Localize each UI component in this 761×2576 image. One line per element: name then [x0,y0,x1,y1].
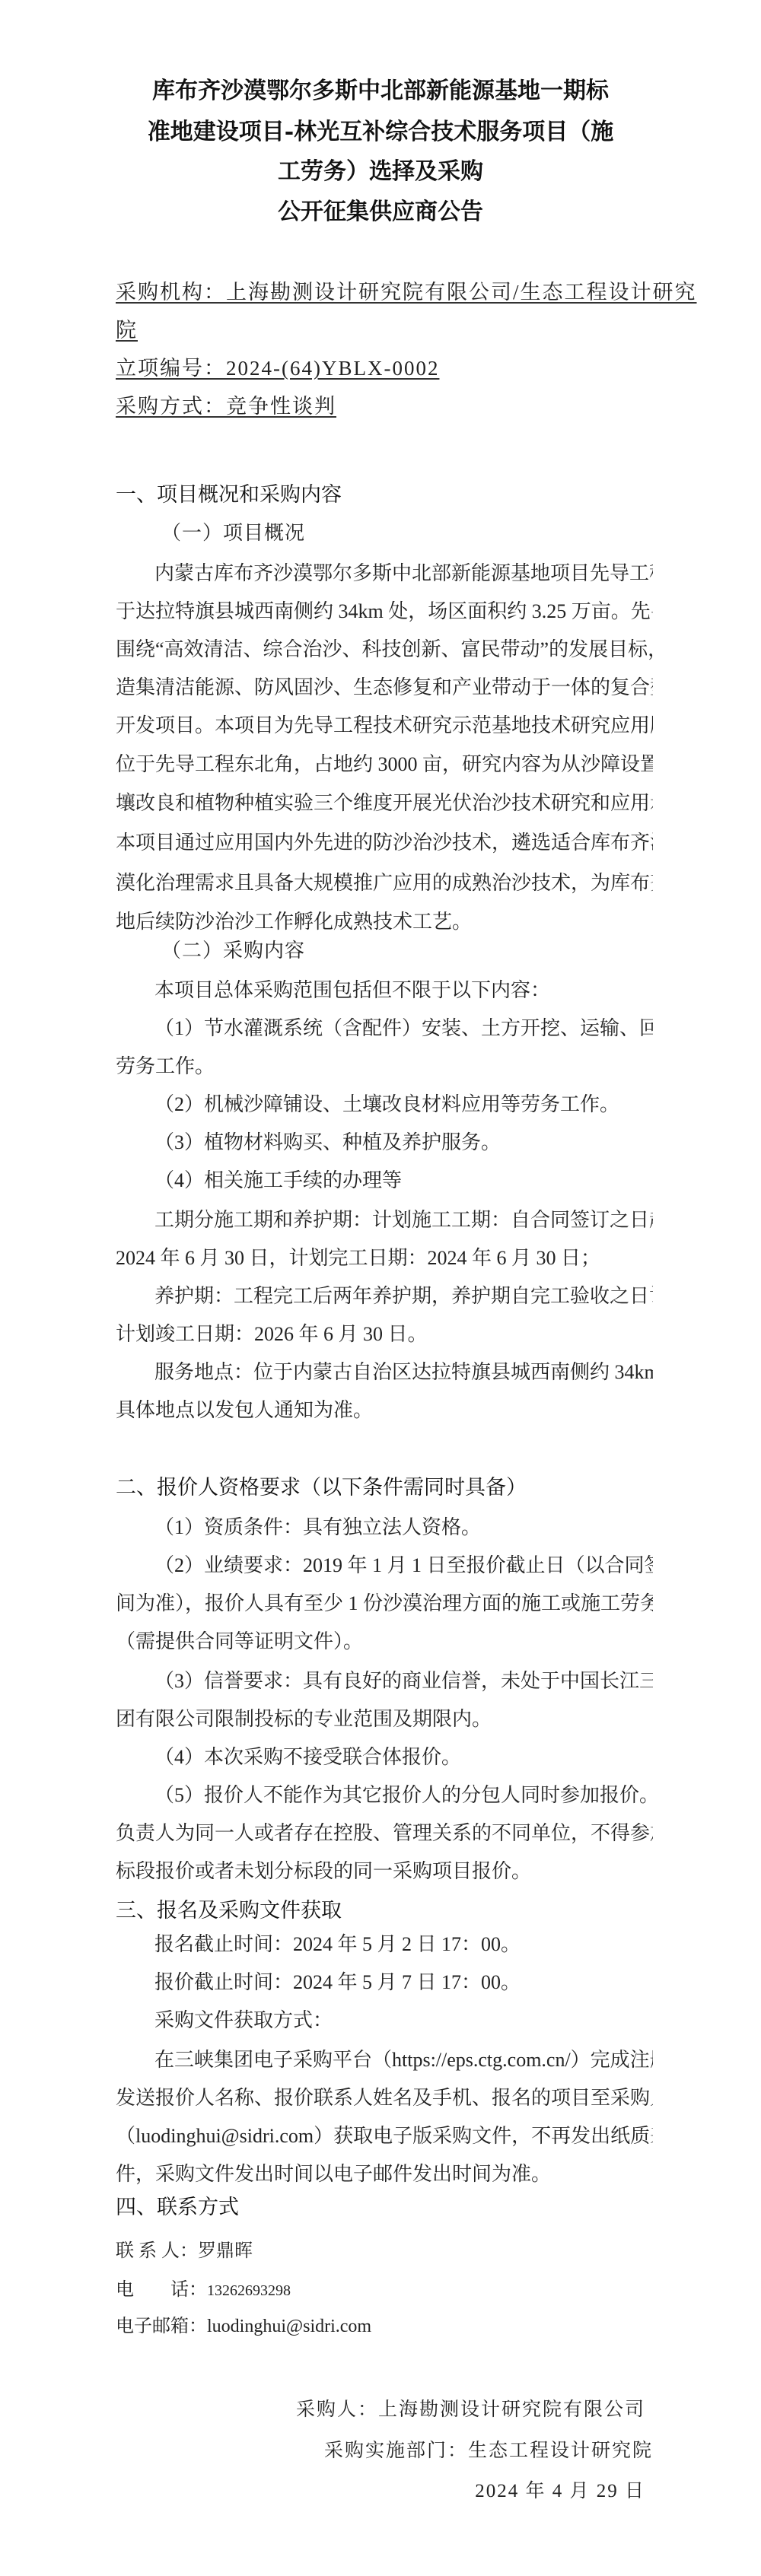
doc-acquisition-line: 在三峡集团电子采购平台（https://eps.ctg.com.cn/）完成注册… [154,2048,653,2072]
overview-line: 开发项目。本项目为先导工程技术研究示范基地技术研究应用服务， [116,714,653,738]
doc-acquisition-label: 采购文件获取方式： [154,2008,653,2033]
section-3-heading: 三、报名及采购文件获取 [116,1899,342,1923]
signature-purchaser: 采购人：上海勘测设计研究院有限公司 [296,2399,645,2422]
qualification-line: 间为准），报价人具有至少 1 份沙漠治理方面的施工或施工劳务业绩 [116,1592,653,1616]
procurement-method: 采购方式：竞争性谈判 [116,394,336,418]
overview-line: 本项目通过应用国内外先进的防沙治沙技术，遴选适合库布齐沙漠荒 [116,831,653,855]
subsection-scope-heading: （二）采购内容 [161,939,305,963]
contact-email-label: 电子邮箱： [116,2317,207,2336]
qualification-line: 团有限公司限制投标的专业范围及期限内。 [116,1707,653,1732]
announcement-page: 库布齐沙漠鄂尔多斯中北部新能源基地一期标 准地建设项目-林光互补综合技术服务项目… [0,0,761,2576]
overview-line: 壤改良和植物种植实验三个维度开展光伏治沙技术研究和应用示范。 [116,791,653,816]
scope-intro: 本项目总体采购范围包括但不限于以下内容： [154,978,653,1003]
maintenance-line: 养护期：工程完工后两年养护期，养护期自完工验收之日计算， [154,1284,653,1309]
title-line-2: 准地建设项目-林光互补综合技术服务项目（施 [0,119,761,146]
qualification-line: （需提供合同等证明文件）。 [116,1630,653,1654]
overview-line: 于达拉特旗县城西南侧约 34km 处，场区面积约 3.25 万亩。先导项目 [116,599,653,624]
contact-email: 电子邮箱：luodinghui@sidri.com [116,2315,371,2338]
scope-item-1-cont: 劳务工作。 [116,1054,653,1079]
qualification-line: （4）本次采购不接受联合体报价。 [154,1745,653,1770]
scope-item-2: （2）机械沙障铺设、土壤改良材料应用等劳务工作。 [154,1092,653,1117]
contact-phone-value: 13262693298 [207,2282,291,2299]
doc-acquisition-line: 发送报价人名称、报价联系人姓名及手机、报名的项目至采购人邮箱 [116,2086,653,2110]
qualification-line: （5）报价人不能作为其它报价人的分包人同时参加报价。单位 [154,1783,653,1808]
qualification-line: 标段报价或者未划分标段的同一采购项目报价。 [116,1859,653,1884]
contact-phone-label: 电 话： [116,2280,207,2300]
qualification-line: 负责人为同一人或者存在控股、管理关系的不同单位，不得参加同一 [116,1821,653,1846]
overview-line: 地后续防沙治沙工作孵化成熟技术工艺。 [116,910,653,934]
title-line-3: 工劳务）选择及采购 [0,158,761,186]
service-location-line: 服务地点：位于内蒙古自治区达拉特旗县城西南侧约 34km 处， [154,1360,653,1385]
section-4-heading: 四、联系方式 [116,2196,239,2220]
quote-deadline: 报价截止时间：2024 年 5 月 7 日 17：00。 [154,1970,653,1995]
schedule-line: 2024 年 6 月 30 日，计划完工日期：2024 年 6 月 30 日； [116,1246,653,1271]
service-location-line: 具体地点以发包人通知为准。 [116,1398,653,1423]
title-line-1: 库布齐沙漠鄂尔多斯中北部新能源基地一期标 [0,78,761,105]
doc-acquisition-line: （luodinghui@sidri.com）获取电子版采购文件，不再发出纸质采购… [116,2124,653,2148]
overview-line: 漠化治理需求且具备大规模推广应用的成熟治沙技术，为库布齐大基 [116,871,653,895]
schedule-line: 工期分施工期和养护期：计划施工工期：自合同签订之日起至 [154,1208,653,1232]
overview-line: 造集清洁能源、防风固沙、生态修复和产业带动于一体的复合型综合 [116,676,653,700]
procurement-org-cont: 院 [116,318,138,342]
contact-person-value: 罗鼎晖 [198,2241,253,2261]
contact-person-label: 联 系 人： [116,2241,198,2261]
project-number: 立项编号：2024-(64)YBLX-0002 [116,356,439,380]
qualification-line: （2）业绩要求：2019 年 1 月 1 日至报价截止日（以合同签订时 [154,1554,653,1578]
contact-person: 联 系 人：罗鼎晖 [116,2240,253,2263]
scope-item-4: （4）相关施工手续的办理等 [154,1169,653,1193]
signature-date: 2024 年 4 月 29 日 [475,2480,645,2503]
signature-department: 采购实施部门：生态工程设计研究院 [324,2440,653,2463]
doc-acquisition-line: 件，采购文件发出时间以电子邮件发出时间为准。 [116,2162,653,2186]
scope-item-1: （1）节水灌溉系统（含配件）安装、土方开挖、运输、回填等 [154,1016,653,1041]
overview-line: 位于先导工程东北角，占地约 3000 亩，研究内容为从沙障设置、土 [116,752,653,777]
scope-item-3: （3）植物材料购买、种植及养护服务。 [154,1131,653,1155]
contact-phone: 电 话：13262693298 [116,2279,291,2302]
title-line-4: 公开征集供应商公告 [0,199,761,226]
overview-line: 内蒙古库布齐沙漠鄂尔多斯中北部新能源基地项目先导工程位 [154,561,653,586]
registration-deadline: 报名截止时间：2024 年 5 月 2 日 17：00。 [154,1932,653,1957]
subsection-overview-heading: （一）项目概况 [161,521,305,545]
maintenance-line: 计划竣工日期：2026 年 6 月 30 日。 [116,1322,653,1347]
contact-email-value[interactable]: luodinghui@sidri.com [207,2317,371,2336]
qualification-line: （1）资质条件：具有独立法人资格。 [154,1515,653,1540]
section-1-heading: 一、项目概况和采购内容 [116,483,342,507]
section-2-heading: 二、报价人资格要求（以下条件需同时具备） [116,1476,527,1500]
overview-line: 围绕“高效清洁、综合治沙、科技创新、富民带动”的发展目标，创 [116,638,653,662]
procurement-org: 采购机构：上海勘测设计研究院有限公司/生态工程设计研究 [116,280,697,304]
qualification-line: （3）信誉要求：具有良好的商业信誉，未处于中国长江三峡集 [154,1669,653,1693]
